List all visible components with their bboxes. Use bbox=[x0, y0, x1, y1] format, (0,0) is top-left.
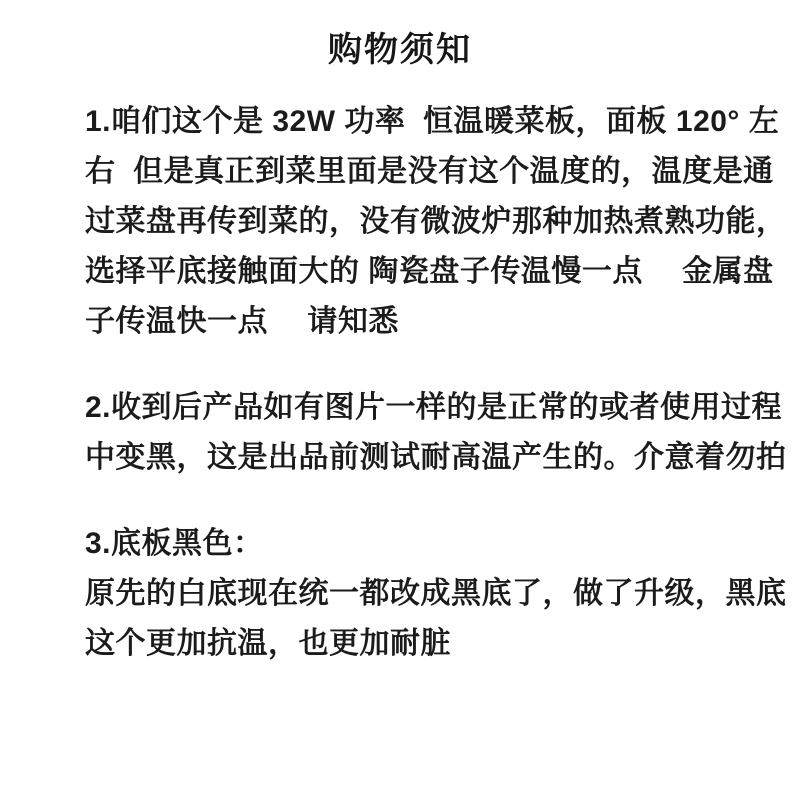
text-line: 中变黑，这是出品前测试耐高温产生的。介意着勿拍 bbox=[85, 433, 730, 483]
paragraph-blackening: 2.收到后产品如有图片一样的是正常的或者使用过程 中变黑，这是出品前测试耐高温产… bbox=[85, 383, 730, 483]
text-line: 右 但是真正到菜里面是没有这个温度的，温度是通 bbox=[85, 147, 730, 197]
paragraph-black-base: 3.底板黑色： 原先的白底现在统一都改成黑底了，做了升级，黑底 这个更加抗温，也… bbox=[85, 519, 730, 669]
paragraph-power-temperature: 1.咱们这个是 32W 功率 恒温暖菜板，面板 120° 左 右 但是真正到菜里… bbox=[85, 97, 730, 347]
text-line: 子传温快一点 请知悉 bbox=[85, 297, 730, 347]
page-title: 购物须知 bbox=[0, 0, 800, 71]
text-line: 2.收到后产品如有图片一样的是正常的或者使用过程 bbox=[85, 383, 730, 433]
notice-content: 1.咱们这个是 32W 功率 恒温暖菜板，面板 120° 左 右 但是真正到菜里… bbox=[0, 71, 800, 669]
notice-page: 购物须知 1.咱们这个是 32W 功率 恒温暖菜板，面板 120° 左 右 但是… bbox=[0, 0, 800, 800]
text-line: 3.底板黑色： bbox=[85, 519, 730, 569]
text-line: 1.咱们这个是 32W 功率 恒温暖菜板，面板 120° 左 bbox=[85, 97, 730, 147]
text-line: 这个更加抗温，也更加耐脏 bbox=[85, 619, 730, 669]
text-line: 原先的白底现在统一都改成黑底了，做了升级，黑底 bbox=[85, 569, 730, 619]
text-line: 过菜盘再传到菜的，没有微波炉那种加热煮熟功能， bbox=[85, 197, 730, 247]
text-line: 选择平底接触面大的 陶瓷盘子传温慢一点 金属盘 bbox=[85, 247, 730, 297]
